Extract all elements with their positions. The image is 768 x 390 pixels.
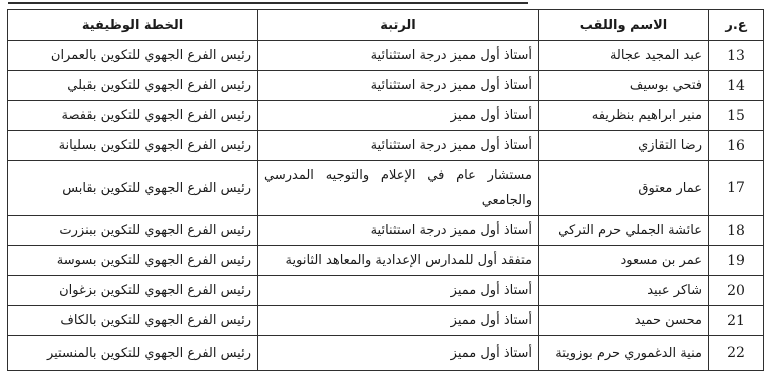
table-row: 18 عائشة الجملي حرم التركي أستاذ أول ممي… (8, 216, 764, 246)
table-row: 13 عبد المجيد عجالة أستاذ أول مميز درجة … (8, 41, 764, 71)
cell-rank: أستاذ أول مميز درجة استثنائية (258, 71, 539, 101)
col-header-rank: الرتبة (258, 10, 539, 41)
cell-number: 21 (709, 306, 764, 336)
cell-position: رئيس الفرع الجهوي للتكوين بسوسة (8, 246, 258, 276)
cell-rank: أستاذ أول مميز (258, 306, 539, 336)
scanned-document-page: ع.ر الاسم واللقب الرتبة الخطة الوظيفية 1… (0, 0, 768, 390)
cell-rank: مستشار عام في الإعلام والتوجيه المدرسي و… (258, 161, 539, 216)
cell-name: منير ابراهيم بنظريفه (539, 101, 709, 131)
cell-position: رئيس الفرع الجهوي للتكوين بالمنستير (8, 336, 258, 371)
table-row: 19 عمر بن مسعود متفقد أول للمدارس الإعدا… (8, 246, 764, 276)
cell-name: عمر بن مسعود (539, 246, 709, 276)
cell-number: 15 (709, 101, 764, 131)
header-row: ع.ر الاسم واللقب الرتبة الخطة الوظيفية (8, 10, 764, 41)
cell-position: رئيس الفرع الجهوي للتكوين ببنزرت (8, 216, 258, 246)
cell-position: رئيس الفرع الجهوي للتكوين بسليانة (8, 131, 258, 161)
cell-rank: متفقد أول للمدارس الإعدادية والمعاهد الث… (258, 246, 539, 276)
table-row: 16 رضا التقازي أستاذ أول مميز درجة استثن… (8, 131, 764, 161)
table-row: 20 شاكر عبيد أستاذ أول مميز رئيس الفرع ا… (8, 276, 764, 306)
table-row: 22 منية الدغموري حرم بوزويتة أستاذ أول م… (8, 336, 764, 371)
cell-position: رئيس الفرع الجهوي للتكوين بالكاف (8, 306, 258, 336)
cell-rank: أستاذ أول مميز (258, 336, 539, 371)
cell-rank: أستاذ أول مميز (258, 101, 539, 131)
cell-number: 18 (709, 216, 764, 246)
table-row: 21 محسن حميد أستاذ أول مميز رئيس الفرع ا… (8, 306, 764, 336)
table-row: 14 فتحي بوسيف أستاذ أول مميز درجة استثنا… (8, 71, 764, 101)
cell-number: 16 (709, 131, 764, 161)
staff-assignments-table: ع.ر الاسم واللقب الرتبة الخطة الوظيفية 1… (7, 9, 764, 371)
cell-name: عبد المجيد عجالة (539, 41, 709, 71)
cell-name: رضا التقازي (539, 131, 709, 161)
cell-rank: أستاذ أول مميز درجة استثنائية (258, 41, 539, 71)
table-row: 15 منير ابراهيم بنظريفه أستاذ أول مميز ر… (8, 101, 764, 131)
col-header-name: الاسم واللقب (539, 10, 709, 41)
cell-position: رئيس الفرع الجهوي للتكوين بزغوان (8, 276, 258, 306)
table-body: 13 عبد المجيد عجالة أستاذ أول مميز درجة … (8, 41, 764, 371)
cell-name: عمار معتوق (539, 161, 709, 216)
cell-position: رئيس الفرع الجهوي للتكوين بقابس (8, 161, 258, 216)
cell-number: 14 (709, 71, 764, 101)
cell-rank: أستاذ أول مميز (258, 276, 539, 306)
table-row: 17 عمار معتوق مستشار عام في الإعلام والت… (8, 161, 764, 216)
cell-number: 19 (709, 246, 764, 276)
cell-position: رئيس الفرع الجهوي للتكوين بقبلي (8, 71, 258, 101)
cell-name: محسن حميد (539, 306, 709, 336)
cell-number: 22 (709, 336, 764, 371)
col-header-number: ع.ر (709, 10, 764, 41)
cropped-previous-row-line (8, 2, 528, 4)
cell-name: عائشة الجملي حرم التركي (539, 216, 709, 246)
cell-name: شاكر عبيد (539, 276, 709, 306)
cell-rank: أستاذ أول مميز درجة استثنائية (258, 216, 539, 246)
cell-position: رئيس الفرع الجهوي للتكوين بقفصة (8, 101, 258, 131)
col-header-position: الخطة الوظيفية (8, 10, 258, 41)
cell-number: 13 (709, 41, 764, 71)
cell-position: رئيس الفرع الجهوي للتكوين بالعمران (8, 41, 258, 71)
table-header: ع.ر الاسم واللقب الرتبة الخطة الوظيفية (8, 10, 764, 41)
cell-name: فتحي بوسيف (539, 71, 709, 101)
cell-name: منية الدغموري حرم بوزويتة (539, 336, 709, 371)
cell-number: 20 (709, 276, 764, 306)
cell-rank: أستاذ أول مميز درجة استثنائية (258, 131, 539, 161)
cell-number: 17 (709, 161, 764, 216)
